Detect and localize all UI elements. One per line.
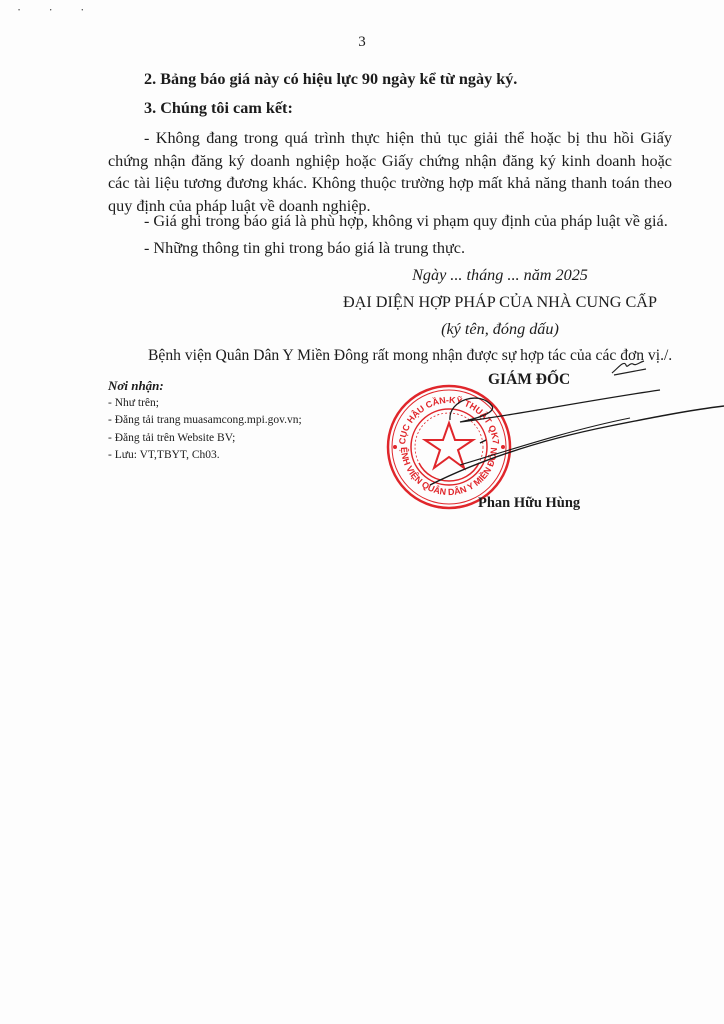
sign-note: (ký tên, đóng dấu): [310, 320, 690, 339]
recipient-item: - Đăng tải trên Website BV;: [108, 430, 302, 448]
commitment-2: - Giá ghi trong báo giá là phù hợp, khôn…: [144, 212, 668, 231]
date-line: Ngày ... tháng ... năm 2025: [310, 266, 690, 285]
recipients-block: Nơi nhận: - Như trên; - Đăng tải trang m…: [108, 377, 302, 465]
recipients-title: Nơi nhận:: [108, 377, 302, 395]
page-number: 3: [0, 34, 724, 51]
commitment-3: - Những thông tin ghi trong báo giá là t…: [144, 239, 465, 258]
recipient-item: - Lưu: VT,TBYT, Ch03.: [108, 447, 302, 465]
scan-artifact: • • •: [18, 8, 97, 14]
section-3-title: 3. Chúng tôi cam kết:: [144, 99, 293, 118]
commitment-1: - Không đang trong quá trình thực hiện t…: [108, 127, 672, 217]
closing-sentence: Bệnh viện Quân Dân Y Miền Đông rất mong …: [148, 347, 672, 365]
handwritten-signature: [420, 370, 724, 490]
signer-name: Phan Hữu Hùng: [478, 495, 580, 512]
recipient-item: - Đăng tải trang muasamcong.mpi.gov.vn;: [108, 412, 302, 430]
recipient-item: - Như trên;: [108, 395, 302, 413]
supplier-representative: ĐẠI DIỆN HỢP PHÁP CỦA NHÀ CUNG CẤP: [310, 293, 690, 312]
section-2-validity: 2. Bảng báo giá này có hiệu lực 90 ngày …: [144, 70, 517, 89]
document-page: • • • 3 2. Bảng báo giá này có hiệu lực …: [0, 0, 724, 1024]
